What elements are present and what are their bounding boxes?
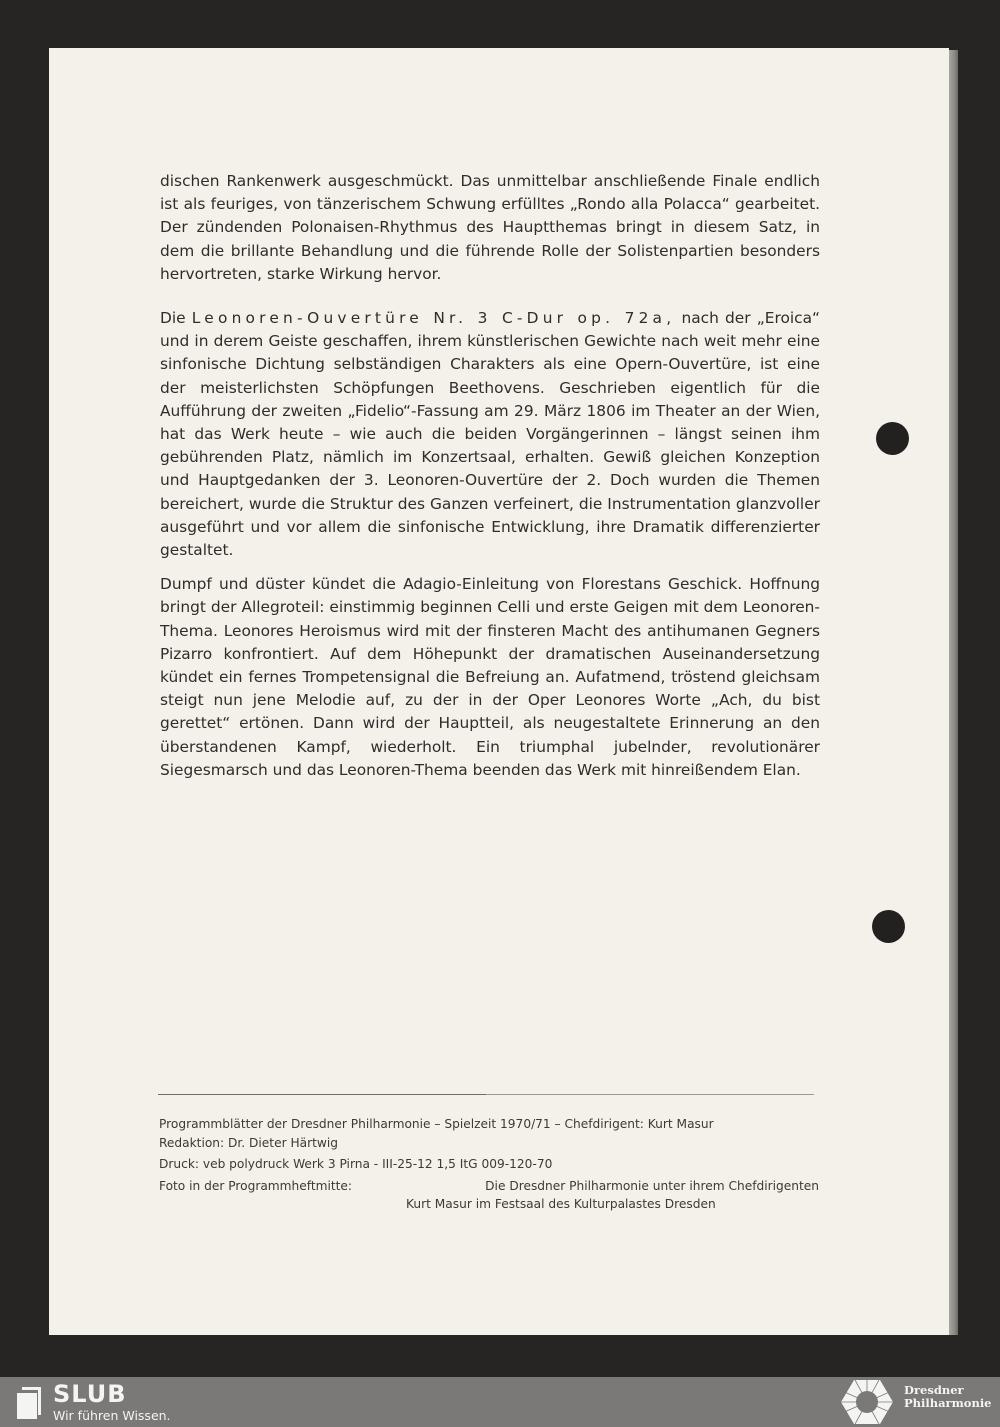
paragraph-body: nach der „Eroica“ und in derem Geiste ge… <box>160 309 820 559</box>
page-edge <box>949 50 958 1335</box>
work-title: Leonoren-Ouvertüre Nr. 3 C-Dur op. 72a, <box>192 309 676 327</box>
colophon-printer: Druck: veb polydruck Werk 3 Pirna - III-… <box>159 1155 819 1174</box>
paragraph-description: Dumpf und düster kündet die Adagio-Einle… <box>160 573 820 782</box>
footer-divider <box>158 1094 814 1095</box>
photo-credit-text: Die Dresdner Philharmonie unter ihrem Ch… <box>485 1177 819 1196</box>
colophon-publisher: Programmblätter der Dresdner Philharmoni… <box>159 1115 819 1134</box>
colophon-editor: Redaktion: Dr. Dieter Härtwig <box>159 1134 819 1153</box>
brand-line-2: Philharmonie <box>904 1397 992 1410</box>
dresdner-philharmonie-brand[interactable]: Dresdner Philharmonie <box>904 1384 992 1410</box>
sunburst-icon[interactable] <box>840 1378 894 1426</box>
punch-hole <box>872 910 905 943</box>
photo-credit-text-continued: Kurt Masur im Festsaal des Kulturpalaste… <box>159 1195 819 1214</box>
paragraph-finale: dischen Rankenwerk ausgeschmückt. Das un… <box>160 170 820 286</box>
viewer-footer-bar: SLUB Wir führen Wissen. Dresdner Philhar… <box>0 1377 1000 1427</box>
colophon-photo-credit: Foto in der Programmheftmitte: Die Dresd… <box>159 1177 819 1196</box>
book-icon <box>14 1383 44 1423</box>
slub-brand[interactable]: SLUB <box>53 1380 127 1408</box>
slub-tagline: Wir führen Wissen. <box>53 1408 171 1423</box>
punch-hole <box>876 422 909 455</box>
photo-credit-label: Foto in der Programmheftmitte: <box>159 1177 352 1196</box>
document-body: dischen Rankenwerk ausgeschmückt. Das un… <box>160 170 820 782</box>
paragraph-leonoren-overture: Die Leonoren-Ouvertüre Nr. 3 C-Dur op. 7… <box>160 307 820 562</box>
paragraph-lead: Die <box>160 309 186 327</box>
colophon: Programmblätter der Dresdner Philharmoni… <box>159 1115 819 1214</box>
